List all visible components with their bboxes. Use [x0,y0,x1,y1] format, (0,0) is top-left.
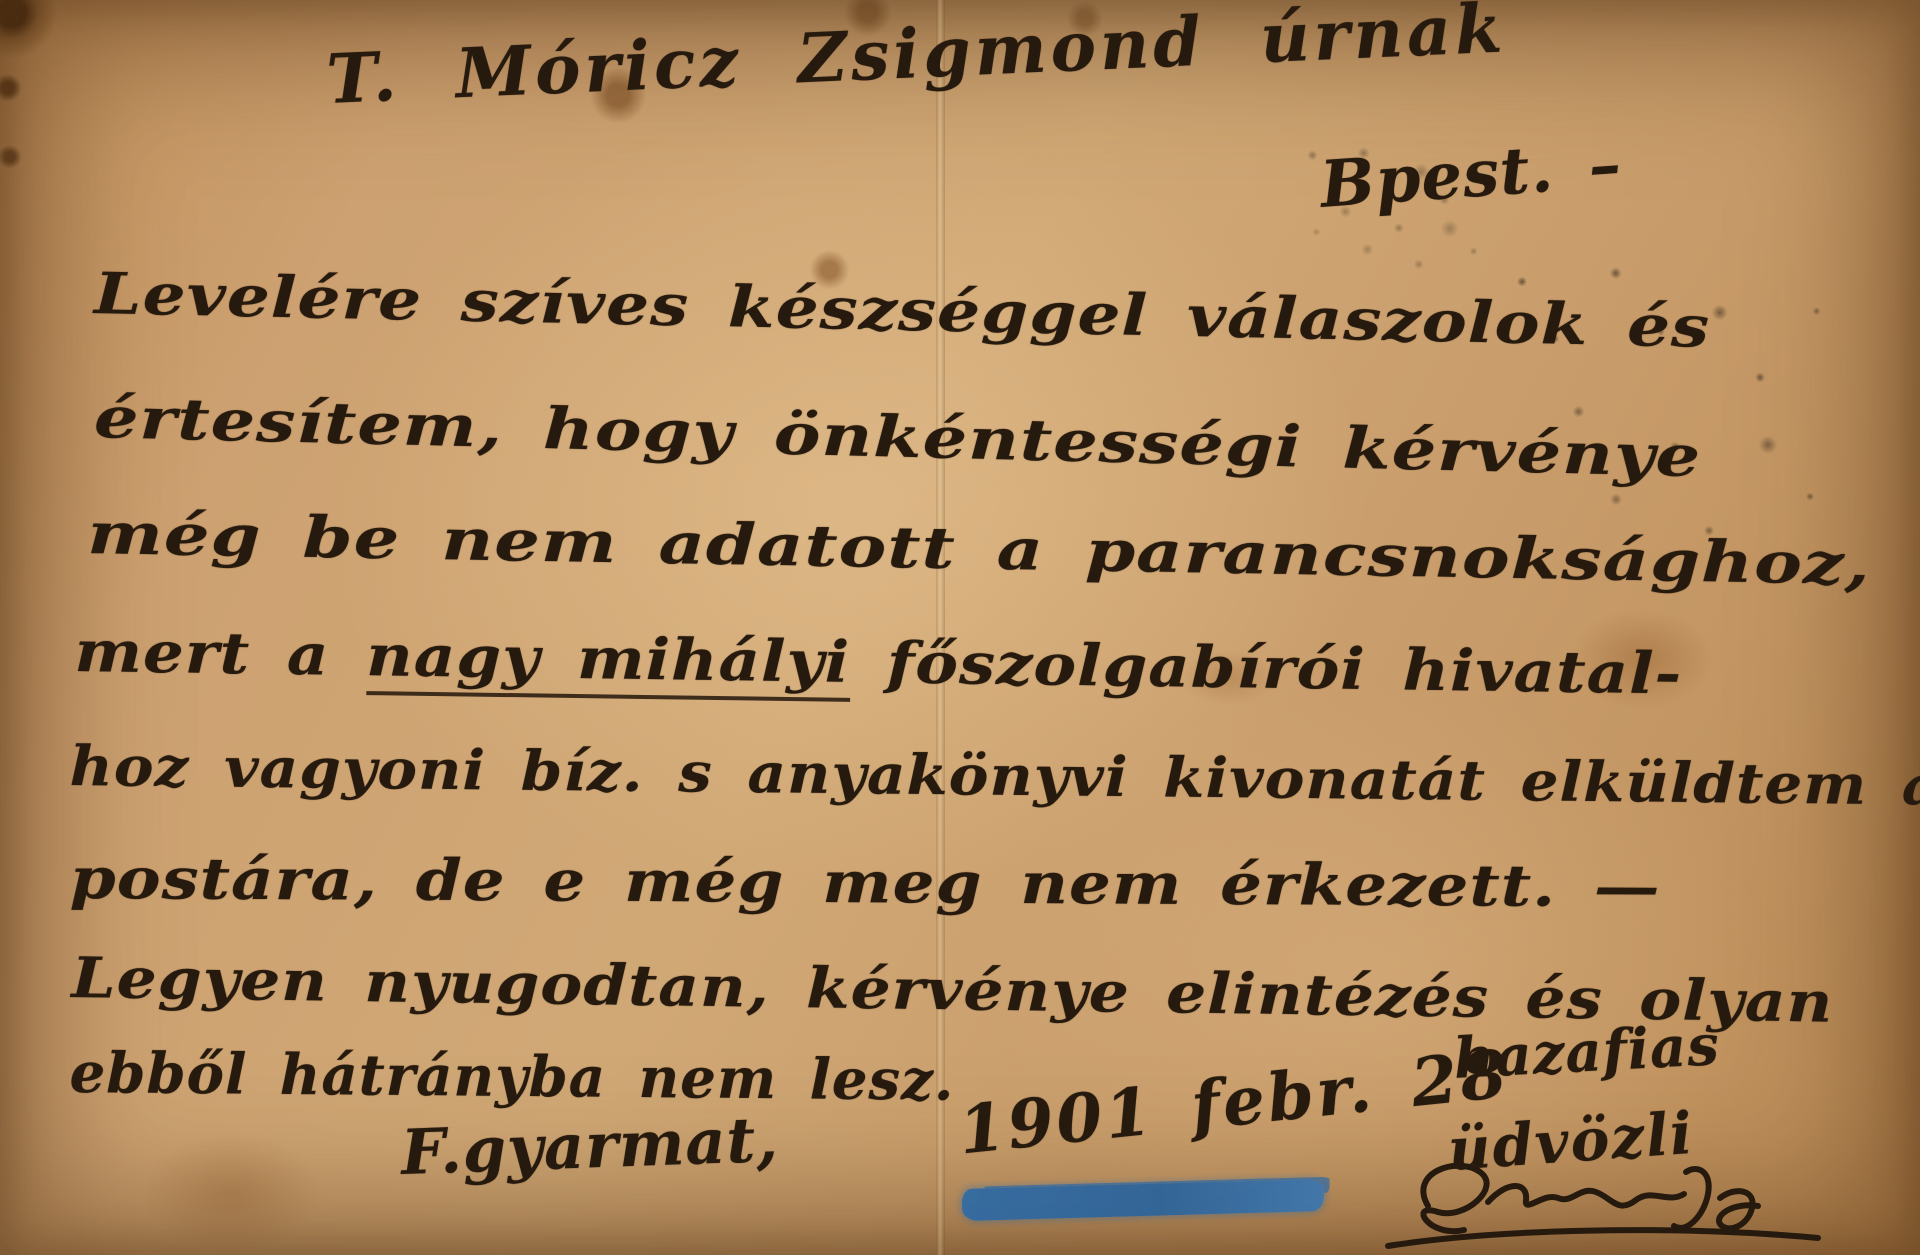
signature-icon [1368,1142,1838,1255]
body-line-4: mert a nagy mihályi főszolgabírói hivata… [74,618,1683,707]
signature-flourish [1368,1142,1838,1255]
place-line: F.gyarmat, [400,1103,780,1189]
blue-pencil-mark [962,1179,1325,1221]
body-line-5: hoz vagyoni bíz. s anyakönyvi kivonatát … [69,733,1920,818]
body-line-2: értesítem, hogy önkéntességi kérvénye [93,384,1702,490]
body-line-8: ebből hátrányba nem lesz. [69,1040,954,1114]
postcard-scan: T. Móricz Zsigmond úrnak Bpest. – Levelé… [0,0,1920,1255]
body-line-1: Levelére szíves készséggel válaszolok és [94,260,1711,361]
city-line: Bpest. – [1318,127,1624,223]
body-line-3: még be nem adatott a parancsnoksághoz, [87,500,1872,598]
body-line-4-pre: mert a [74,618,367,689]
closing-line-1: hazafias [1452,1012,1721,1092]
body-line-6: postára, de e még meg nem érkezett. — [70,845,1661,920]
recipient-line: T. Móricz Zsigmond úrnak [325,0,1508,120]
underlined-place-name: nagy mihályi [366,622,851,702]
body-line-4-post: főszolgabírói hivatal- [850,629,1683,708]
